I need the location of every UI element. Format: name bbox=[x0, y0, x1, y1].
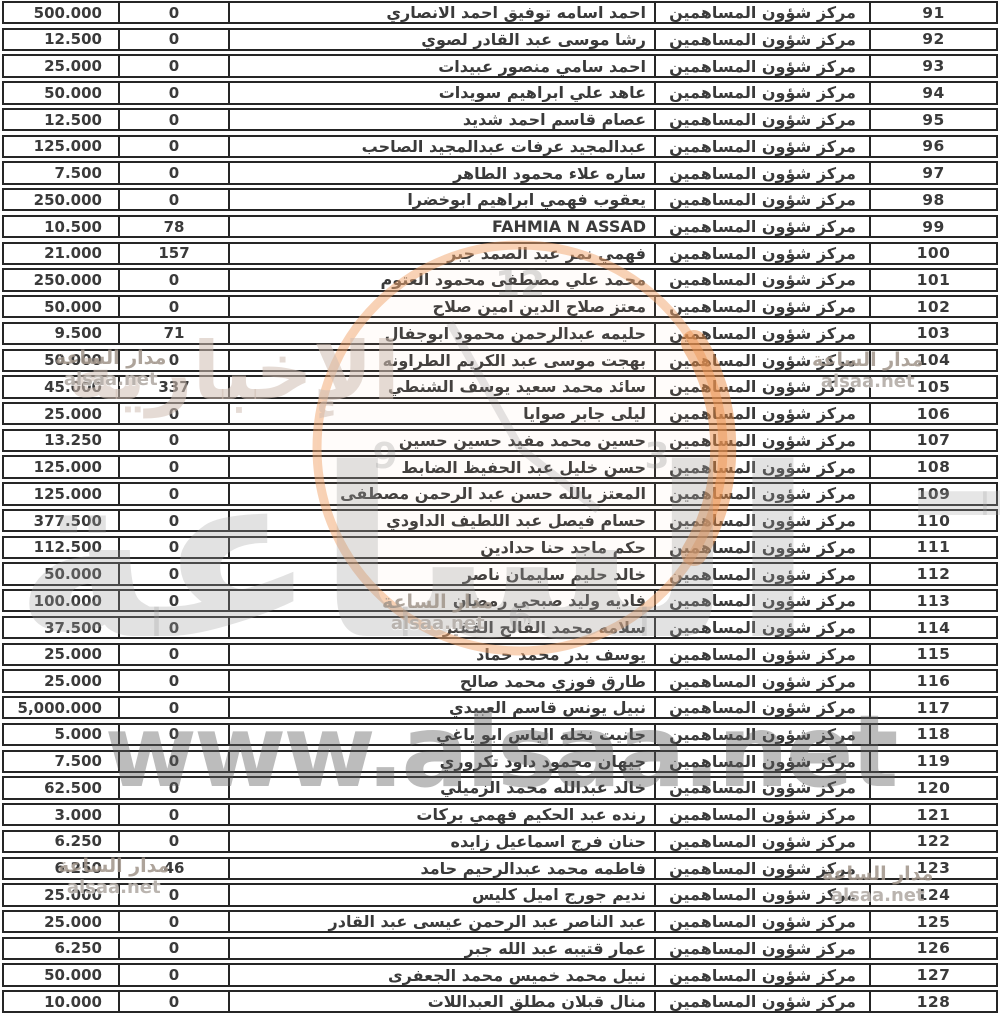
row-number-cell: 119 bbox=[869, 752, 996, 771]
count-cell: 0 bbox=[118, 698, 228, 717]
name-cell: حسام فيصل عبد اللطيف الداودي bbox=[228, 511, 654, 530]
name-cell: حكم ماجد حنا حدادين bbox=[228, 538, 654, 557]
name-cell: خالد حليم سليمان ناصر bbox=[228, 564, 654, 583]
name-cell: عصام قاسم احمد شديد bbox=[228, 110, 654, 129]
name-cell: حسين محمد مفيد حسين حسين bbox=[228, 431, 654, 450]
center-cell: مركز شؤون المساهمين bbox=[654, 912, 869, 931]
center-cell: مركز شؤون المساهمين bbox=[654, 457, 869, 476]
row-number-cell: 125 bbox=[869, 912, 996, 931]
amount-cell: 62.500 bbox=[4, 778, 118, 797]
table-row: 25.0000ليلى جابر صوايامركز شؤون المساهمي… bbox=[2, 402, 998, 425]
row-number-cell: 97 bbox=[869, 163, 996, 182]
name-cell: ساره علاء محمود الطاهر bbox=[228, 163, 654, 182]
count-cell: 0 bbox=[118, 832, 228, 851]
amount-cell: 10.500 bbox=[4, 217, 118, 236]
row-number-cell: 121 bbox=[869, 805, 996, 824]
center-cell: مركز شؤون المساهمين bbox=[654, 859, 869, 878]
amount-cell: 125.000 bbox=[4, 137, 118, 156]
amount-cell: 12.500 bbox=[4, 110, 118, 129]
row-number-cell: 103 bbox=[869, 324, 996, 343]
center-cell: مركز شؤون المساهمين bbox=[654, 671, 869, 690]
table-row: 377.5000حسام فيصل عبد اللطيف الداوديمركز… bbox=[2, 509, 998, 532]
center-cell: مركز شؤون المساهمين bbox=[654, 404, 869, 423]
name-cell: حنان فرج اسماعيل زايده bbox=[228, 832, 654, 851]
table-row: 50.0000خالد حليم سليمان ناصرمركز شؤون ال… bbox=[2, 562, 998, 585]
name-cell: سلامه محمد الفالح الفقير bbox=[228, 618, 654, 637]
name-cell: عاهد علي ابراهيم سويدات bbox=[228, 83, 654, 102]
amount-cell: 500.000 bbox=[4, 3, 118, 22]
table-row: 25.0000عبد الناصر عبد الرحمن عيسى عبد ال… bbox=[2, 910, 998, 933]
table-row: 37.5000سلامه محمد الفالح الفقيرمركز شؤون… bbox=[2, 616, 998, 639]
table-row: 21.000157فهمي نمر عبد الصمد جبرمركز شؤون… bbox=[2, 242, 998, 265]
count-cell: 0 bbox=[118, 110, 228, 129]
name-cell: منال قبلان مطلق العبداللات bbox=[228, 992, 654, 1011]
row-number-cell: 99 bbox=[869, 217, 996, 236]
table-row: 125.0000المعتز بالله حسن عبد الرحمن مصطف… bbox=[2, 482, 998, 505]
row-number-cell: 118 bbox=[869, 725, 996, 744]
count-cell: 0 bbox=[118, 805, 228, 824]
center-cell: مركز شؤون المساهمين bbox=[654, 618, 869, 637]
row-number-cell: 128 bbox=[869, 992, 996, 1011]
table-row: 100.0000فاديه وليد صبحي رمضانمركز شؤون ا… bbox=[2, 589, 998, 612]
row-number-cell: 113 bbox=[869, 591, 996, 610]
amount-cell: 125.000 bbox=[4, 484, 118, 503]
row-number-cell: 115 bbox=[869, 645, 996, 664]
row-number-cell: 106 bbox=[869, 404, 996, 423]
amount-cell: 125.000 bbox=[4, 457, 118, 476]
amount-cell: 25.000 bbox=[4, 671, 118, 690]
amount-cell: 50.000 bbox=[4, 564, 118, 583]
table-row: 25.0000احمد سامي منصور عبيداتمركز شؤون ا… bbox=[2, 54, 998, 77]
amount-cell: 6.250 bbox=[4, 832, 118, 851]
name-cell: نبيل يونس قاسم العبيدي bbox=[228, 698, 654, 717]
name-cell: حليمه عبدالرحمن محمود ابوجفال bbox=[228, 324, 654, 343]
amount-cell: 25.000 bbox=[4, 56, 118, 75]
row-number-cell: 122 bbox=[869, 832, 996, 851]
amount-cell: 45.000 bbox=[4, 377, 118, 396]
row-number-cell: 117 bbox=[869, 698, 996, 717]
amount-cell: 50.000 bbox=[4, 297, 118, 316]
row-number-cell: 127 bbox=[869, 965, 996, 984]
table-row: 6.25046فاطمه محمد عبدالرحيم حامدمركز شؤو… bbox=[2, 857, 998, 880]
row-number-cell: 101 bbox=[869, 270, 996, 289]
row-number-cell: 92 bbox=[869, 30, 996, 49]
amount-cell: 250.000 bbox=[4, 190, 118, 209]
table-row: 9.50071حليمه عبدالرحمن محمود ابوجفالمركز… bbox=[2, 322, 998, 345]
count-cell: 0 bbox=[118, 564, 228, 583]
amount-cell: 377.500 bbox=[4, 511, 118, 530]
center-cell: مركز شؤون المساهمين bbox=[654, 83, 869, 102]
name-cell: جيهان محمود داود تكروري bbox=[228, 752, 654, 771]
center-cell: مركز شؤون المساهمين bbox=[654, 217, 869, 236]
count-cell: 0 bbox=[118, 591, 228, 610]
table-row: 10.0000منال قبلان مطلق العبداللاتمركز شؤ… bbox=[2, 990, 998, 1013]
count-cell: 71 bbox=[118, 324, 228, 343]
center-cell: مركز شؤون المساهمين bbox=[654, 645, 869, 664]
row-number-cell: 107 bbox=[869, 431, 996, 450]
row-number-cell: 110 bbox=[869, 511, 996, 530]
row-number-cell: 94 bbox=[869, 83, 996, 102]
table-row: 12.5000عصام قاسم احمد شديدمركز شؤون المس… bbox=[2, 108, 998, 131]
name-cell: يوسف بدر محمد حماد bbox=[228, 645, 654, 664]
name-cell: فاديه وليد صبحي رمضان bbox=[228, 591, 654, 610]
amount-cell: 9.500 bbox=[4, 324, 118, 343]
row-number-cell: 116 bbox=[869, 671, 996, 690]
amount-cell: 6.250 bbox=[4, 859, 118, 878]
table-row: 500.0000احمد اسامه توفيق احمد الانصاريمر… bbox=[2, 1, 998, 24]
table-row: 125.0000عبدالمجيد عرفات عبدالمجيد الصاحب… bbox=[2, 135, 998, 158]
row-number-cell: 123 bbox=[869, 859, 996, 878]
row-number-cell: 126 bbox=[869, 939, 996, 958]
center-cell: مركز شؤون المساهمين bbox=[654, 538, 869, 557]
name-cell: عبد الناصر عبد الرحمن عيسى عبد القادر bbox=[228, 912, 654, 931]
amount-cell: 50.000 bbox=[4, 83, 118, 102]
name-cell: احمد اسامه توفيق احمد الانصاري bbox=[228, 3, 654, 22]
name-cell: طارق فوزي محمد صالح bbox=[228, 671, 654, 690]
center-cell: مركز شؤون المساهمين bbox=[654, 832, 869, 851]
name-cell: خالد عبدالله محمد الزميلي bbox=[228, 778, 654, 797]
row-number-cell: 124 bbox=[869, 885, 996, 904]
name-cell: عبدالمجيد عرفات عبدالمجيد الصاحب bbox=[228, 137, 654, 156]
count-cell: 0 bbox=[118, 725, 228, 744]
row-number-cell: 93 bbox=[869, 56, 996, 75]
name-cell: احمد سامي منصور عبيدات bbox=[228, 56, 654, 75]
row-number-cell: 102 bbox=[869, 297, 996, 316]
center-cell: مركز شؤون المساهمين bbox=[654, 992, 869, 1011]
center-cell: مركز شؤون المساهمين bbox=[654, 885, 869, 904]
amount-cell: 12.500 bbox=[4, 30, 118, 49]
count-cell: 0 bbox=[118, 297, 228, 316]
count-cell: 46 bbox=[118, 859, 228, 878]
count-cell: 0 bbox=[118, 270, 228, 289]
amount-cell: 10.000 bbox=[4, 992, 118, 1011]
count-cell: 0 bbox=[118, 778, 228, 797]
table-row: 45.000337سائد محمد سعيد يوسف الشنطيمركز … bbox=[2, 375, 998, 398]
count-cell: 0 bbox=[118, 965, 228, 984]
center-cell: مركز شؤون المساهمين bbox=[654, 591, 869, 610]
shareholders-table: 500.0000احمد اسامه توفيق احمد الانصاريمر… bbox=[2, 1, 998, 1015]
center-cell: مركز شؤون المساهمين bbox=[654, 297, 869, 316]
row-number-cell: 100 bbox=[869, 244, 996, 263]
amount-cell: 13.250 bbox=[4, 431, 118, 450]
row-number-cell: 109 bbox=[869, 484, 996, 503]
table-row: 10.50078FAHMIA N ASSADمركز شؤون المساهمي… bbox=[2, 215, 998, 238]
count-cell: 0 bbox=[118, 538, 228, 557]
center-cell: مركز شؤون المساهمين bbox=[654, 939, 869, 958]
name-cell: معتز صلاح الدين امين صلاح bbox=[228, 297, 654, 316]
amount-cell: 6.250 bbox=[4, 939, 118, 958]
table-row: 50.0000معتز صلاح الدين امين صلاحمركز شؤو… bbox=[2, 295, 998, 318]
center-cell: مركز شؤون المساهمين bbox=[654, 190, 869, 209]
table-row: 50.0000نبيل محمد خميس محمد الجعفرىمركز ش… bbox=[2, 963, 998, 986]
count-cell: 157 bbox=[118, 244, 228, 263]
center-cell: مركز شؤون المساهمين bbox=[654, 725, 869, 744]
center-cell: مركز شؤون المساهمين bbox=[654, 752, 869, 771]
table-row: 125.0000حسن خليل عبد الحفيظ الضابطمركز ش… bbox=[2, 455, 998, 478]
center-cell: مركز شؤون المساهمين bbox=[654, 3, 869, 22]
center-cell: مركز شؤون المساهمين bbox=[654, 110, 869, 129]
name-cell: جانيت نخله الياس ابو ياغي bbox=[228, 725, 654, 744]
row-number-cell: 111 bbox=[869, 538, 996, 557]
name-cell: عمار قتيبه عبد الله جبر bbox=[228, 939, 654, 958]
row-number-cell: 120 bbox=[869, 778, 996, 797]
center-cell: مركز شؤون المساهمين bbox=[654, 484, 869, 503]
count-cell: 0 bbox=[118, 404, 228, 423]
name-cell: فاطمه محمد عبدالرحيم حامد bbox=[228, 859, 654, 878]
name-cell: نبيل محمد خميس محمد الجعفرى bbox=[228, 965, 654, 984]
center-cell: مركز شؤون المساهمين bbox=[654, 511, 869, 530]
center-cell: مركز شؤون المساهمين bbox=[654, 698, 869, 717]
table-row: 6.2500حنان فرج اسماعيل زايدهمركز شؤون ال… bbox=[2, 830, 998, 853]
row-number-cell: 91 bbox=[869, 3, 996, 22]
center-cell: مركز شؤون المساهمين bbox=[654, 163, 869, 182]
count-cell: 0 bbox=[118, 30, 228, 49]
center-cell: مركز شؤون المساهمين bbox=[654, 431, 869, 450]
row-number-cell: 114 bbox=[869, 618, 996, 637]
count-cell: 78 bbox=[118, 217, 228, 236]
row-number-cell: 96 bbox=[869, 137, 996, 156]
name-cell: نديم جورج اميل كليس bbox=[228, 885, 654, 904]
count-cell: 0 bbox=[118, 351, 228, 370]
name-cell: فهمي نمر عبد الصمد جبر bbox=[228, 244, 654, 263]
name-cell: المعتز بالله حسن عبد الرحمن مصطفى bbox=[228, 484, 654, 503]
center-cell: مركز شؤون المساهمين bbox=[654, 564, 869, 583]
count-cell: 0 bbox=[118, 939, 228, 958]
count-cell: 0 bbox=[118, 457, 228, 476]
amount-cell: 112.500 bbox=[4, 538, 118, 557]
count-cell: 0 bbox=[118, 190, 228, 209]
count-cell: 0 bbox=[118, 484, 228, 503]
amount-cell: 7.500 bbox=[4, 163, 118, 182]
center-cell: مركز شؤون المساهمين bbox=[654, 56, 869, 75]
amount-cell: 5,000.000 bbox=[4, 698, 118, 717]
amount-cell: 37.500 bbox=[4, 618, 118, 637]
table-row: 250.0000محمد علي مصطفى محمود العتوممركز … bbox=[2, 268, 998, 291]
name-cell: حسن خليل عبد الحفيظ الضابط bbox=[228, 457, 654, 476]
center-cell: مركز شؤون المساهمين bbox=[654, 805, 869, 824]
amount-cell: 25.000 bbox=[4, 912, 118, 931]
center-cell: مركز شؤون المساهمين bbox=[654, 30, 869, 49]
name-cell: رشا موسى عبد القادر لصوي bbox=[228, 30, 654, 49]
count-cell: 0 bbox=[118, 992, 228, 1011]
center-cell: مركز شؤون المساهمين bbox=[654, 270, 869, 289]
table-row: 13.2500حسين محمد مفيد حسين حسينمركز شؤون… bbox=[2, 429, 998, 452]
count-cell: 0 bbox=[118, 511, 228, 530]
count-cell: 0 bbox=[118, 163, 228, 182]
count-cell: 0 bbox=[118, 645, 228, 664]
name-cell: بهجت موسى عبد الكريم الطراونه bbox=[228, 351, 654, 370]
row-number-cell: 98 bbox=[869, 190, 996, 209]
table-row: 5.0000جانيت نخله الياس ابو ياغيمركز شؤون… bbox=[2, 723, 998, 746]
table-row: 25.0000يوسف بدر محمد حمادمركز شؤون المسا… bbox=[2, 643, 998, 666]
name-cell: FAHMIA N ASSAD bbox=[228, 217, 654, 236]
row-number-cell: 95 bbox=[869, 110, 996, 129]
name-cell: سائد محمد سعيد يوسف الشنطي bbox=[228, 377, 654, 396]
amount-cell: 50.000 bbox=[4, 351, 118, 370]
count-cell: 337 bbox=[118, 377, 228, 396]
amount-cell: 21.000 bbox=[4, 244, 118, 263]
table-row: 7.5000ساره علاء محمود الطاهرمركز شؤون ال… bbox=[2, 161, 998, 184]
table-row: 3.0000رنده عبد الحكيم فهمي بركاتمركز شؤو… bbox=[2, 803, 998, 826]
count-cell: 0 bbox=[118, 885, 228, 904]
center-cell: مركز شؤون المساهمين bbox=[654, 778, 869, 797]
table-row: 50.0000بهجت موسى عبد الكريم الطراونهمركز… bbox=[2, 349, 998, 372]
count-cell: 0 bbox=[118, 83, 228, 102]
table-row: 250.0000يعقوب فهمي ابراهيم ابوخضرامركز ش… bbox=[2, 188, 998, 211]
count-cell: 0 bbox=[118, 431, 228, 450]
row-number-cell: 112 bbox=[869, 564, 996, 583]
table-row: 6.2500عمار قتيبه عبد الله جبرمركز شؤون ا… bbox=[2, 937, 998, 960]
row-number-cell: 108 bbox=[869, 457, 996, 476]
table-row: 62.5000خالد عبدالله محمد الزميليمركز شؤو… bbox=[2, 776, 998, 799]
table-row: 25.0000طارق فوزي محمد صالحمركز شؤون المس… bbox=[2, 669, 998, 692]
row-number-cell: 105 bbox=[869, 377, 996, 396]
amount-cell: 25.000 bbox=[4, 404, 118, 423]
amount-cell: 50.000 bbox=[4, 965, 118, 984]
name-cell: محمد علي مصطفى محمود العتوم bbox=[228, 270, 654, 289]
count-cell: 0 bbox=[118, 671, 228, 690]
table-row: 50.0000عاهد علي ابراهيم سويداتمركز شؤون … bbox=[2, 81, 998, 104]
amount-cell: 25.000 bbox=[4, 885, 118, 904]
center-cell: مركز شؤون المساهمين bbox=[654, 377, 869, 396]
name-cell: رنده عبد الحكيم فهمي بركات bbox=[228, 805, 654, 824]
amount-cell: 250.000 bbox=[4, 270, 118, 289]
table-row: 7.5000جيهان محمود داود تكروريمركز شؤون ا… bbox=[2, 750, 998, 773]
table-row: 112.5000حكم ماجد حنا حدادينمركز شؤون الم… bbox=[2, 536, 998, 559]
amount-cell: 100.000 bbox=[4, 591, 118, 610]
table-row: 12.5000رشا موسى عبد القادر لصويمركز شؤون… bbox=[2, 28, 998, 51]
amount-cell: 7.500 bbox=[4, 752, 118, 771]
center-cell: مركز شؤون المساهمين bbox=[654, 244, 869, 263]
table-row: 5,000.0000نبيل يونس قاسم العبيديمركز شؤو… bbox=[2, 696, 998, 719]
amount-cell: 5.000 bbox=[4, 725, 118, 744]
count-cell: 0 bbox=[118, 137, 228, 156]
row-number-cell: 104 bbox=[869, 351, 996, 370]
amount-cell: 25.000 bbox=[4, 645, 118, 664]
name-cell: يعقوب فهمي ابراهيم ابوخضرا bbox=[228, 190, 654, 209]
center-cell: مركز شؤون المساهمين bbox=[654, 324, 869, 343]
count-cell: 0 bbox=[118, 912, 228, 931]
amount-cell: 3.000 bbox=[4, 805, 118, 824]
count-cell: 0 bbox=[118, 56, 228, 75]
center-cell: مركز شؤون المساهمين bbox=[654, 351, 869, 370]
name-cell: ليلى جابر صوايا bbox=[228, 404, 654, 423]
count-cell: 0 bbox=[118, 618, 228, 637]
center-cell: مركز شؤون المساهمين bbox=[654, 137, 869, 156]
table-row: 25.0000نديم جورج اميل كليسمركز شؤون المس… bbox=[2, 883, 998, 906]
count-cell: 0 bbox=[118, 3, 228, 22]
count-cell: 0 bbox=[118, 752, 228, 771]
center-cell: مركز شؤون المساهمين bbox=[654, 965, 869, 984]
